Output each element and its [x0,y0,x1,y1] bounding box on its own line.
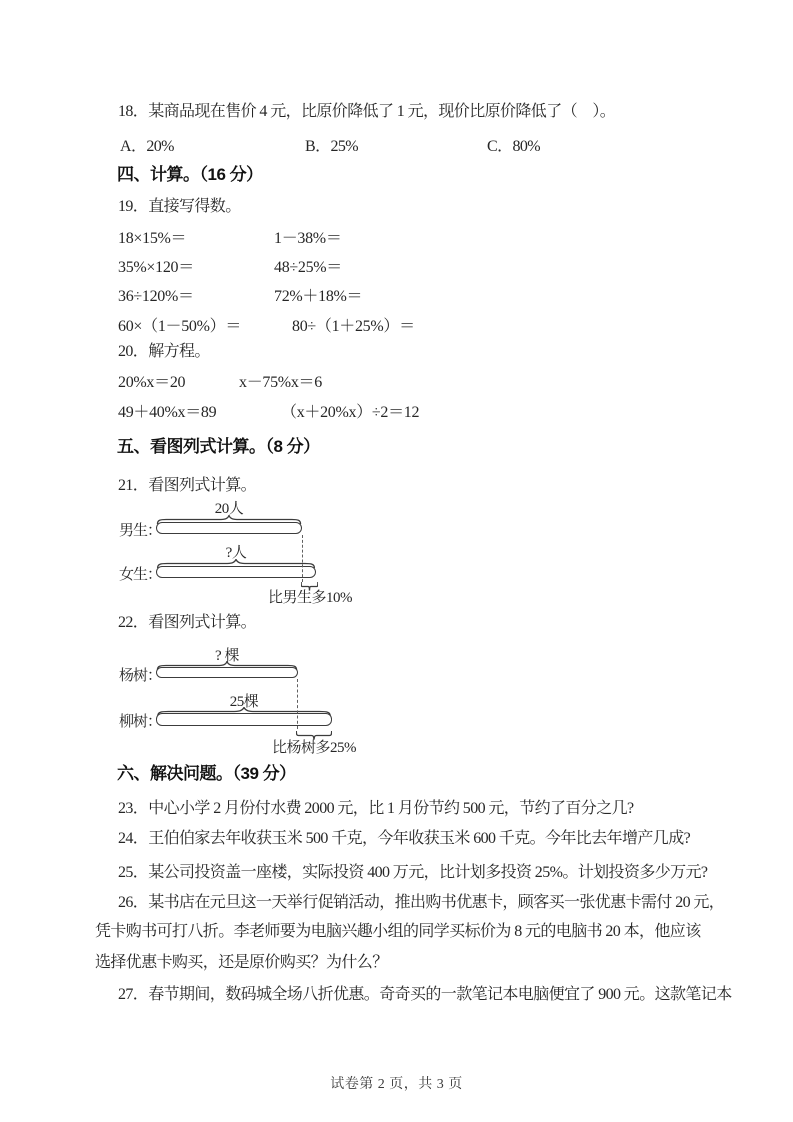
question-18-option-a: A．20% [120,136,174,158]
q19-expression-2b: 48÷25%＝ [274,257,342,279]
question-27-text: 27．春节期间，数码城全场八折优惠。奇奇买的一款笔记本电脑便宜了 900 元。这… [118,984,732,1006]
question-25-text: 25．某公司投资盖一座楼，实际投资 400 万元，比计划多投资 25%。计划投资… [118,862,707,884]
q22-more-than-poplar-note: 比杨树多25% [254,739,374,757]
q19-expression-4a: 60×（1－50%）＝ [118,316,241,338]
question-26-line-1: 26．某书店在元旦这一天举行促销活动，推出购书优惠卡，顾客买一张优惠卡需付 20… [118,892,724,914]
question-22-title: 22．看图列式计算。 [118,612,256,634]
q22-poplar-bar [156,667,298,678]
question-26-line-2: 凭卡购书可打八折。李老师要为电脑兴趣小组的同学买标价为 8 元的电脑书 20 本… [95,921,701,943]
question-23-text: 23．中心小学 2 月份付水费 2000 元，比 1 月份节约 500 元，节约… [118,798,634,820]
section-4-heading: 四、计算。（16 分） [117,163,263,187]
question-26-line-3: 选择优惠卡购买，还是原价购买？为什么？ [95,952,388,974]
q21-dashed-line [302,535,303,582]
question-20-title: 20．解方程。 [118,341,210,363]
section-5-heading: 五、看图列式计算。（8 分） [117,435,320,459]
q19-expression-3a: 36÷120%＝ [118,286,194,308]
q20-equation-1b: x－75%x＝6 [239,372,322,394]
q21-boys-bar [156,522,302,534]
q22-willow-bar [156,713,332,726]
q19-expression-1b: 1－38%＝ [274,228,342,250]
q19-expression-1a: 18×15%＝ [118,228,186,250]
q21-girls-bar [156,566,316,578]
q20-equation-2b: （x＋20%x）÷2＝12 [281,402,419,424]
q21-boys-row-label: 男生： [119,522,161,540]
section-6-heading: 六、解决问题。（39 分） [117,762,296,786]
page-number-footer: 试卷第 2 页，共 3 页 [0,1073,793,1093]
question-19-title: 19．直接写得数。 [118,196,241,218]
question-18-option-b: B．25% [305,136,358,158]
question-21-title: 21．看图列式计算。 [118,475,256,497]
q19-expression-3b: 72%＋18%＝ [274,286,362,308]
q22-poplar-row-label: 杨树： [119,667,161,685]
question-18-text: 18．某商品现在售价 4 元，比原价降低了 1 元，现价比原价降低了（ ）。 [118,101,615,123]
q19-expression-4b: 80÷（1＋25%）＝ [292,316,415,338]
test-paper-page: 18．某商品现在售价 4 元，比原价降低了 1 元，现价比原价降低了（ ）。 A… [0,0,793,1122]
q20-equation-2a: 49＋40%x＝89 [118,402,216,424]
q19-expression-2a: 35%×120＝ [118,257,194,279]
question-24-text: 24．王伯伯家去年收获玉米 500 千克，今年收获玉米 600 千克。今年比去年… [118,828,690,850]
q21-girls-row-label: 女生： [119,566,161,584]
q20-equation-1a: 20%x＝20 [118,372,185,394]
q22-dashed-line [297,679,298,729]
question-18-option-c: C．80% [487,136,540,158]
q21-more-than-boys-note: 比男生多10% [250,589,370,607]
q22-willow-row-label: 柳树： [119,713,161,731]
